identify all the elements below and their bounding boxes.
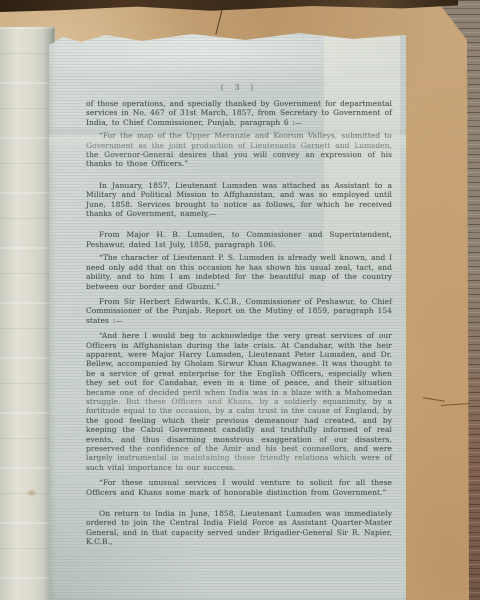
photo-scene: ( 3 ) of those operations, and specially… (0, 0, 480, 600)
paragraph: “And here I would beg to acknowledge the… (86, 331, 392, 472)
paragraph: On return to India in June, 1858, Lieute… (86, 509, 392, 547)
paragraph: “For these unusual services I would vent… (86, 478, 392, 497)
document-page: ( 3 ) of those operations, and specially… (49, 31, 406, 600)
document-text: ( 3 ) of those operations, and specially… (86, 83, 392, 547)
page-number: ( 3 ) (86, 83, 392, 92)
paragraph: In January, 1857, Lieutenant Lumsden was… (86, 181, 392, 219)
paragraph: From Major H. B. Lumsden, to Commissione… (86, 230, 392, 249)
paragraph: of those operations, and specially thank… (86, 99, 392, 127)
paragraph: “For the map of the Upper Meranzie and K… (86, 131, 392, 169)
left-page-fold (0, 27, 55, 600)
stain-spot (26, 489, 37, 497)
paragraph: “The character of Lieutenant P. S. Lumsd… (86, 253, 392, 291)
paragraph: From Sir Herbert Edwards, K.C.B., Commis… (86, 297, 392, 325)
